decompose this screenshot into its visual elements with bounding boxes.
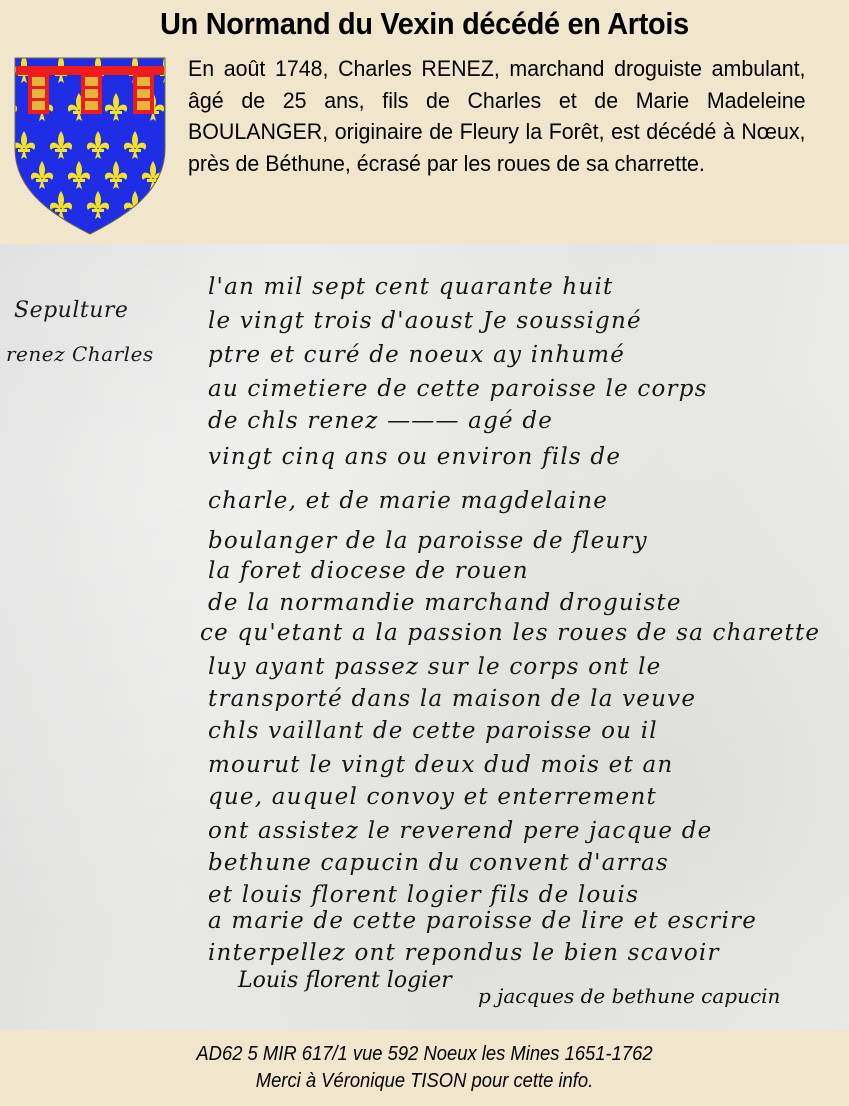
register-line: ptre et curé de noeux ay inhumé — [208, 342, 625, 368]
page-title: Un Normand du Vexin décédé en Artois — [30, 6, 820, 42]
register-line: charle, et de marie magdelaine — [208, 488, 608, 514]
parish-register-scan: Sepulture renez Charles l'an mil sept ce… — [0, 244, 849, 1030]
register-line: ont assistez le reverend pere jacque de — [208, 818, 713, 844]
register-line: au cimetiere de cette paroisse le corps — [208, 376, 708, 402]
register-line: boulanger de la paroisse de fleury — [208, 528, 648, 554]
register-line: ce qu'etant a la passion les roues de sa… — [200, 620, 820, 646]
register-line: luy ayant passez sur le corps ont le — [208, 654, 661, 680]
register-line: bethune capucin du convent d'arras — [208, 850, 669, 876]
source-reference: AD62 5 MIR 617/1 vue 592 Noeux les Mines… — [34, 1041, 815, 1068]
register-line: mourut le vingt deux dud mois et an — [208, 752, 673, 778]
register-line: interpellez ont repondus le bien scavoir — [208, 940, 720, 966]
signature-capucin: p jacques de bethune capucin — [478, 984, 780, 1008]
register-line: transporté dans la maison de la veuve — [208, 686, 696, 712]
register-line: vingt cinq ans ou environ fils de — [208, 444, 621, 470]
signature-logier: Louis florent logier — [238, 968, 452, 993]
register-line: que, auquel convoy et enterrement — [208, 784, 657, 810]
register-line: de la normandie marchand droguiste — [208, 590, 682, 616]
credit-line: Merci à Véronique TISON pour cette info. — [34, 1068, 815, 1095]
register-line: et louis florent logier fils de louis — [208, 882, 639, 908]
register-line: de chls renez ——— agé de — [208, 408, 553, 434]
register-line: le vingt trois d'aoust Je soussigné — [208, 308, 642, 334]
register-line: chls vaillant de cette paroisse ou il — [208, 718, 658, 744]
footer: AD62 5 MIR 617/1 vue 592 Noeux les Mines… — [0, 1030, 849, 1106]
artois-coat-of-arms-icon — [14, 57, 166, 235]
summary-paragraph: En août 1748, Charles RENEZ, marchand dr… — [188, 53, 806, 179]
register-line: la foret diocese de rouen — [208, 558, 529, 584]
margin-note-name: renez Charles — [6, 342, 154, 366]
register-line: a marie de cette paroisse de lire et esc… — [208, 908, 757, 934]
margin-note-sepulture: Sepulture — [14, 298, 128, 323]
register-line: l'an mil sept cent quarante huit — [208, 274, 613, 300]
